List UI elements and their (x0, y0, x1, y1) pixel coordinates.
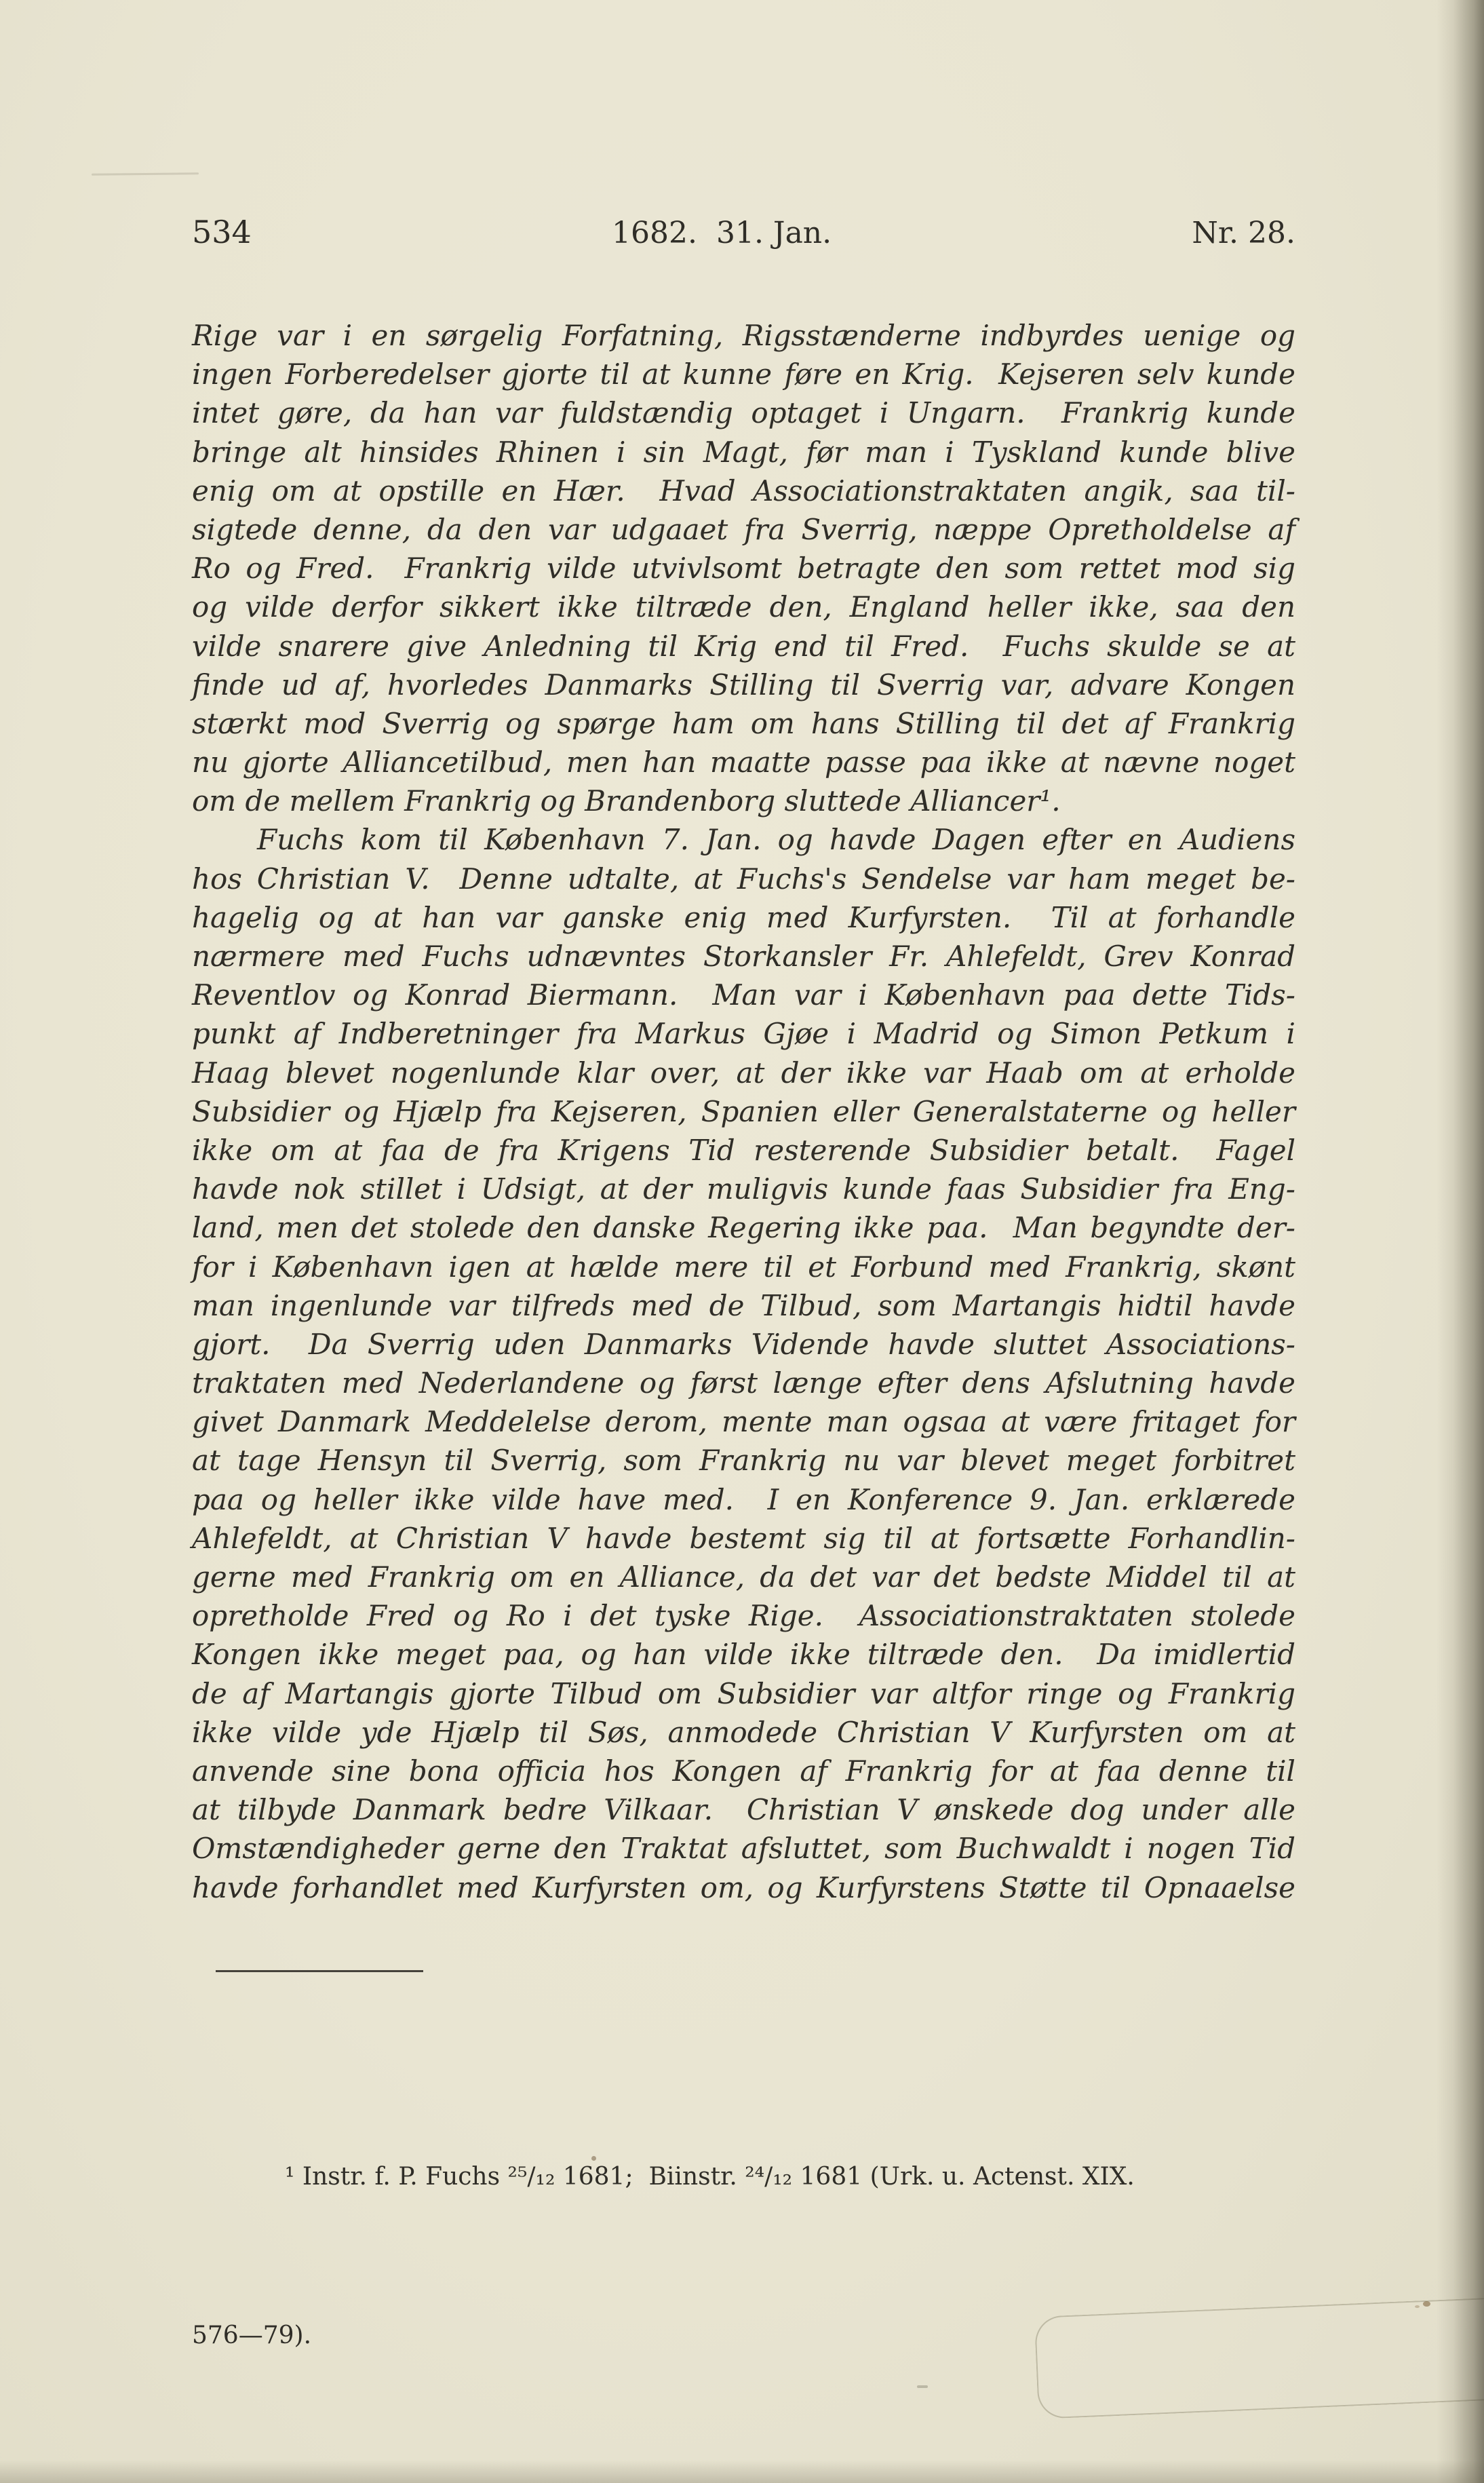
header-date: 1682. 31. Jan. (612, 216, 832, 251)
paper-smudge (92, 172, 199, 176)
body-line: Reventlov og Konrad Biermann. Man var i … (192, 976, 1295, 1014)
header-document-number: Nr. 28. (1192, 216, 1295, 251)
body-line: gerne med Frankrig om en Alliance, da de… (192, 1558, 1295, 1596)
body-line: at tilbyde Danmark bedre Vilkaar. Christ… (192, 1790, 1295, 1829)
page-number: 534 (192, 214, 252, 250)
book-page: 534 1682. 31. Jan. Nr. 28. Rige var i en… (0, 0, 1484, 2483)
body-line: traktaten med Nederlandene og først læng… (192, 1364, 1295, 1402)
footnote: ¹ Instr. f. P. Fuchs ²⁵/₁₂ 1681; Biinstr… (192, 2045, 1295, 2468)
body-line: ingen Forberedelser gjorte til at kunne … (192, 355, 1295, 393)
body-line: havde nok stillet i Udsigt, at der mulig… (192, 1170, 1295, 1208)
body-line: nærmere med Fuchs udnævntes Storkansler … (192, 937, 1295, 976)
body-line: Rige var i en sørgelig Forfatning, Rigss… (192, 316, 1295, 355)
paper-speck (1423, 2301, 1430, 2307)
body-line: gjort. Da Sverrig uden Danmarks Vidende … (192, 1325, 1295, 1364)
body-line: land, men det stolede den danske Regerin… (192, 1208, 1295, 1247)
body-line: nu gjorte Alliancetilbud, men han maatte… (192, 743, 1295, 782)
body-line: Haag blevet nogenlunde klar over, at der… (192, 1054, 1295, 1092)
footnote-separator (216, 1970, 423, 1972)
body-line: finde ud af, hvorledes Danmarks Stilling… (192, 666, 1295, 704)
body-line: vilde snarere give Anledning til Krig en… (192, 627, 1295, 666)
paper-speck (917, 2385, 928, 2388)
paper-speck (591, 2156, 596, 2161)
body-line: intet gøre, da han var fuldstændig optag… (192, 393, 1295, 432)
body-line: paa og heller ikke vilde have med. I en … (192, 1480, 1295, 1519)
page-header: 534 1682. 31. Jan. Nr. 28. (192, 214, 1295, 250)
body-line: Subsidier og Hjælp fra Kejseren, Spanien… (192, 1092, 1295, 1131)
body-line: hos Christian V. Denne udtalte, at Fuchs… (192, 860, 1295, 898)
body-line: man ingenlunde var tilfreds med de Tilbu… (192, 1286, 1295, 1325)
body-line: for i København igen at hælde mere til e… (192, 1248, 1295, 1286)
page-edge-shadow (1437, 0, 1484, 2483)
body-line: Ahlefeldt, at Christian V havde bestemt … (192, 1519, 1295, 1558)
footnote-line-1: ¹ Instr. f. P. Fuchs ²⁵/₁₂ 1681; Biinstr… (192, 2151, 1295, 2203)
body-line: Fuchs kom til København 7. Jan. og havde… (192, 820, 1295, 859)
body-line: Omstændigheder gerne den Traktat afslutt… (192, 1829, 1295, 1868)
body-line: enig om at opstille en Hær. Hvad Associa… (192, 471, 1295, 510)
body-line: opretholde Fred og Ro i det tyske Rige. … (192, 1596, 1295, 1635)
body-line: Ro og Fred. Frankrig vilde utvivlsomt be… (192, 549, 1295, 588)
body-line: om de mellem Frankrig og Brandenborg slu… (192, 782, 1295, 820)
body-line: og vilde derfor sikkert ikke tiltræde de… (192, 588, 1295, 626)
body-line: havde forhandlet med Kurfyrsten om, og K… (192, 1868, 1295, 1907)
body-line: ikke vilde yde Hjælp til Søs, anmodede C… (192, 1713, 1295, 1752)
body-line: givet Danmark Meddelelse derom, mente ma… (192, 1402, 1295, 1441)
body-line: hagelig og at han var ganske enig med Ku… (192, 898, 1295, 937)
body-line: Kongen ikke meget paa, og han vilde ikke… (192, 1635, 1295, 1674)
body-line: anvende sine bona officia hos Kongen af … (192, 1752, 1295, 1790)
body-line: de af Martangis gjorte Tilbud om Subsidi… (192, 1674, 1295, 1713)
body-line: sigtede denne, da den var udgaaet fra Sv… (192, 510, 1295, 549)
body-line: punkt af Indberetninger fra Markus Gjøe … (192, 1014, 1295, 1053)
body-text: Rige var i en sørgelig Forfatning, Rigss… (192, 316, 1295, 1907)
footnote-line-2: 576—79). (192, 2309, 1295, 2362)
body-line: ikke om at faa de fra Krigens Tid rester… (192, 1131, 1295, 1170)
body-line: at tage Hensyn til Sverrig, som Frankrig… (192, 1441, 1295, 1480)
body-line: bringe alt hinsides Rhinen i sin Magt, f… (192, 433, 1295, 471)
body-line: stærkt mod Sverrig og spørge ham om hans… (192, 704, 1295, 743)
